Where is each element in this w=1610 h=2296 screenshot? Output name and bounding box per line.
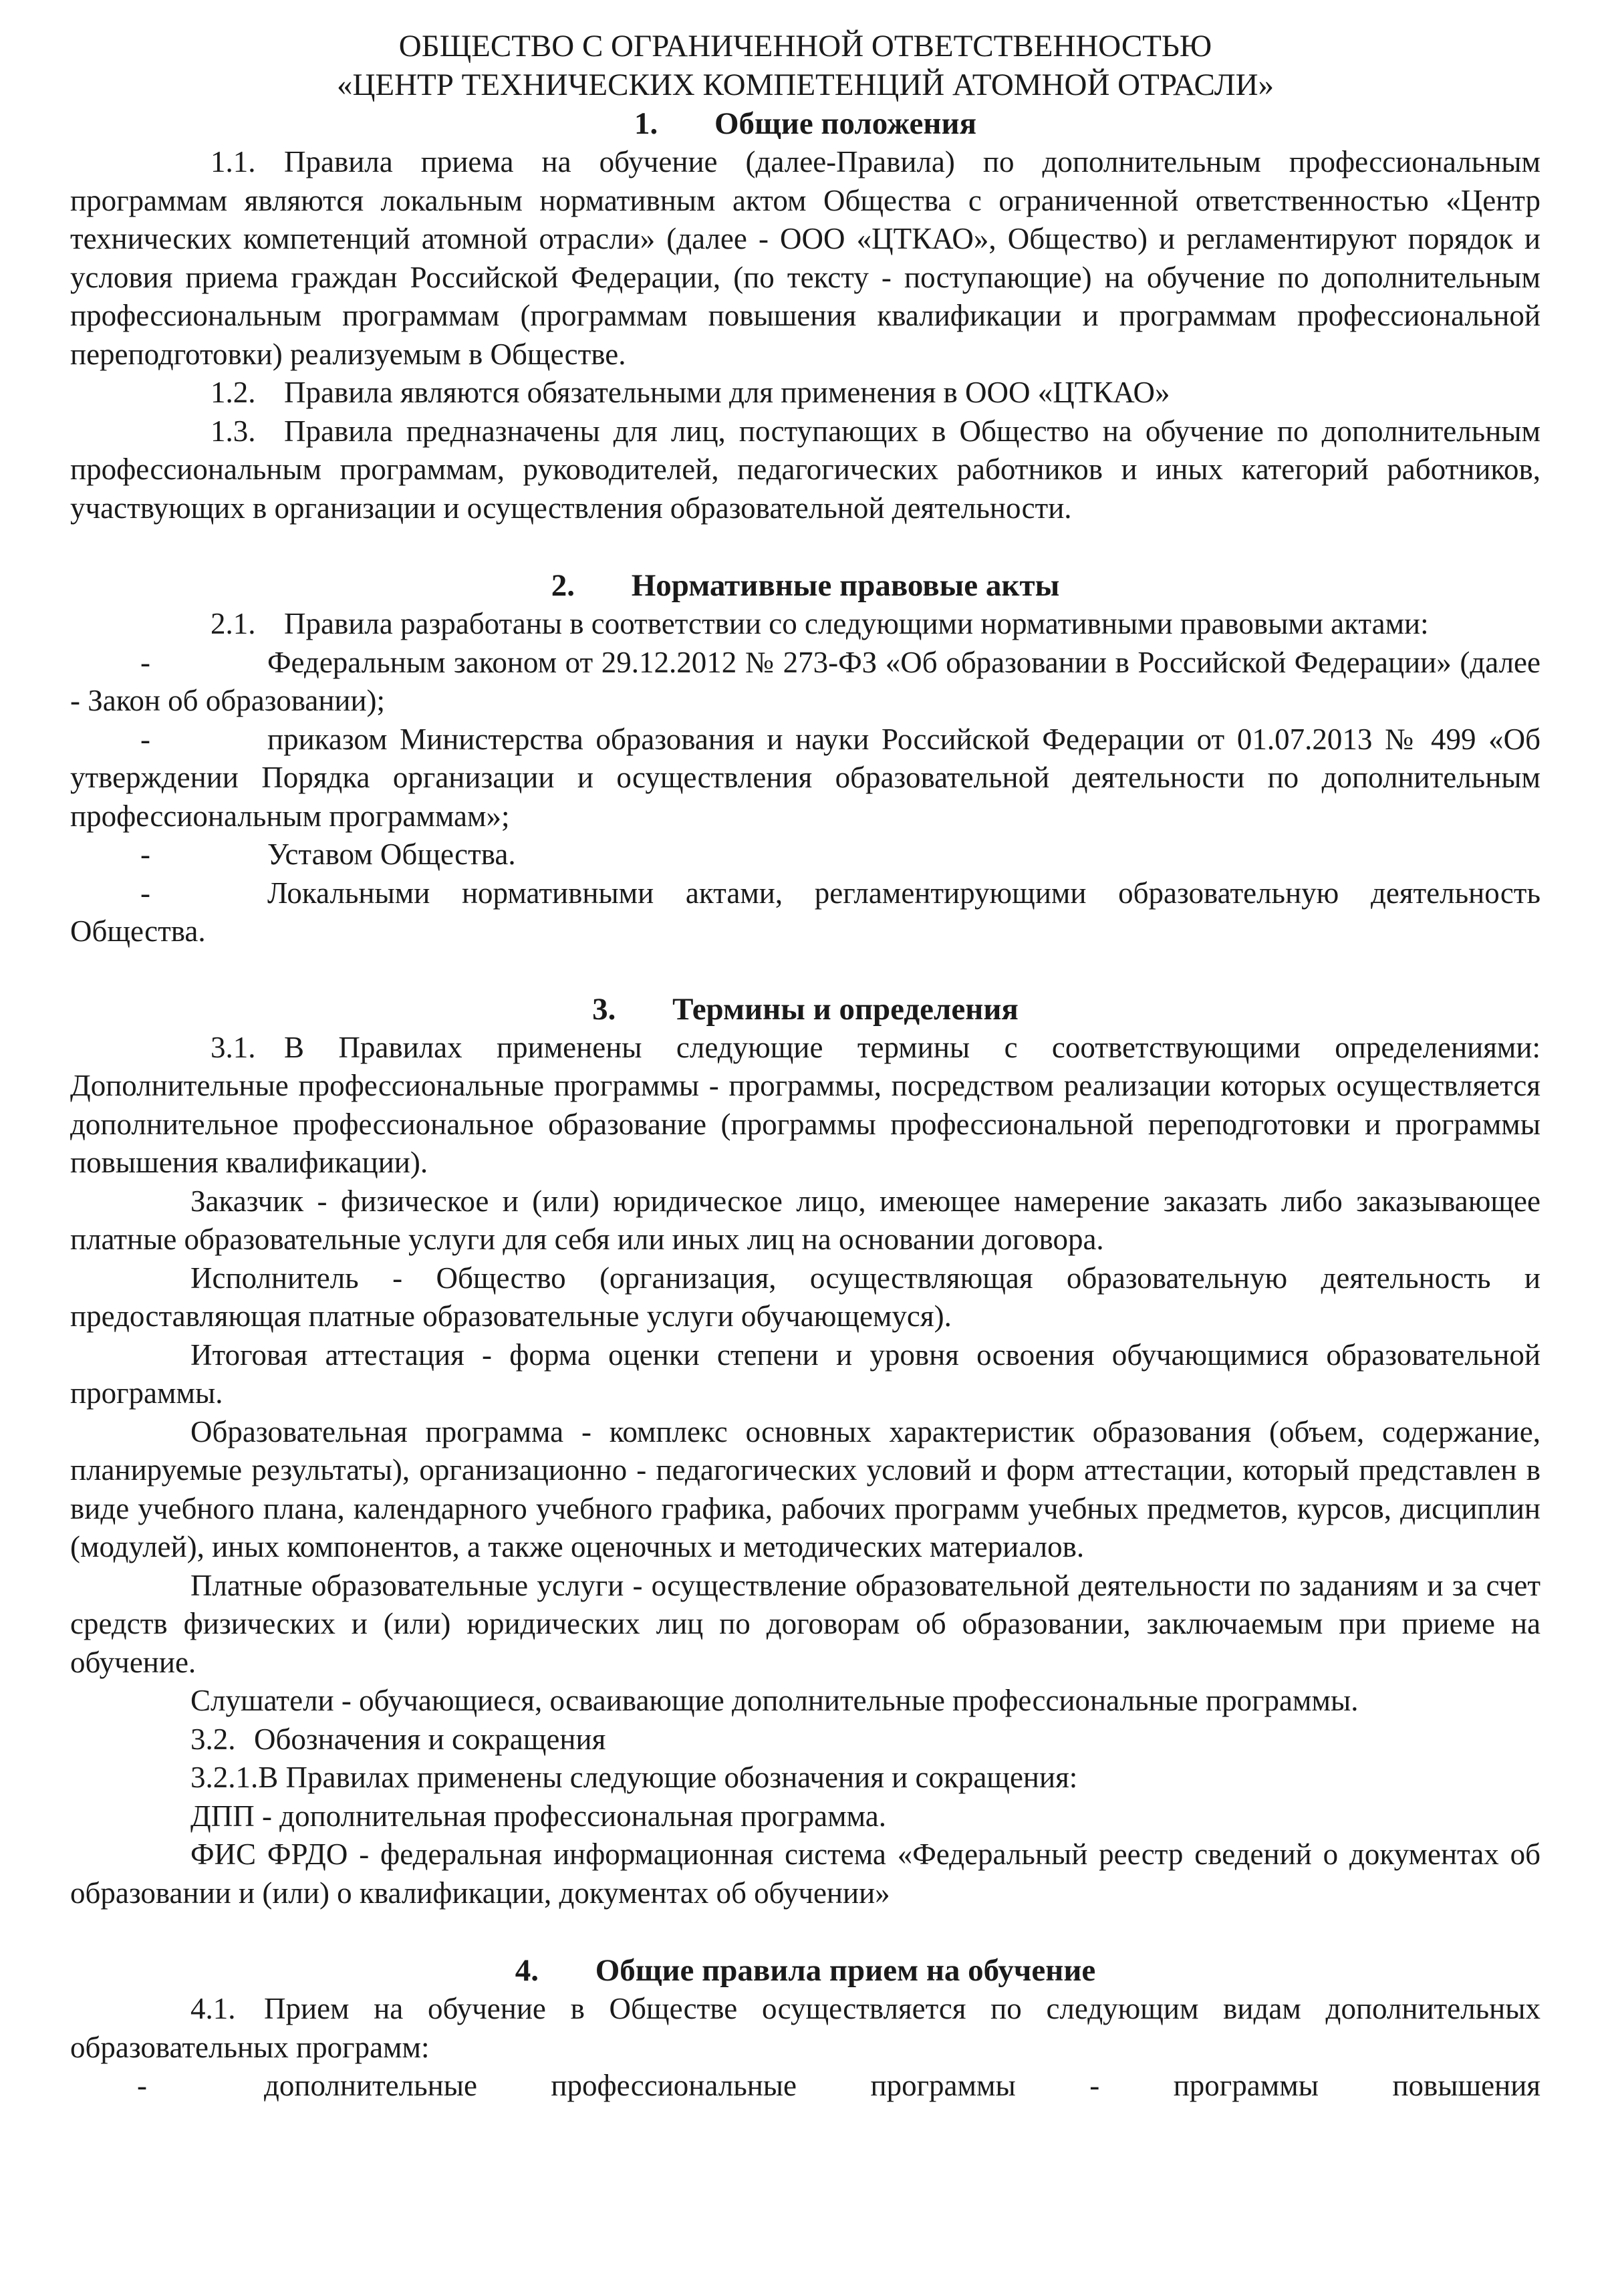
clause-text: Прием на обучение в Обществе осуществляе…: [70, 1992, 1540, 2064]
section-heading-3: 3.Термины и определения: [70, 990, 1540, 1029]
paragraph-1-2: 1.2.Правила являются обязательными для п…: [70, 374, 1540, 412]
bullet-item: -Федеральным законом от 29.12.2012 № 273…: [70, 644, 1540, 721]
bullet-marker: -: [140, 721, 267, 759]
bullet-text: дополнительные профессиональные программ…: [264, 2069, 1540, 2102]
document-page: ОБЩЕСТВО С ОГРАНИЧЕННОЙ ОТВЕТСТВЕННОСТЬЮ…: [70, 27, 1540, 2106]
clause-text: В Правилах применены следующие термины с…: [70, 1031, 1540, 1180]
section-number: 3.: [592, 990, 672, 1029]
paragraph-1-3: 1.3.Правила предназначены для лиц, посту…: [70, 412, 1540, 528]
clause-text: В Правилах применены следующие обозначен…: [258, 1761, 1077, 1794]
bullet-text: Федеральным законом от 29.12.2012 № 273-…: [70, 646, 1540, 718]
clause-number: 3.1.: [211, 1029, 284, 1067]
paragraph-3-2: 3.2.Обозначения и сокращения: [70, 1720, 1540, 1759]
clause-number: 1.2.: [211, 374, 284, 412]
section-title: Общие правила прием на обучение: [595, 1953, 1096, 1988]
definition-final-certification: Итоговая аттестация - форма оценки степе…: [70, 1336, 1540, 1413]
bullet-text: приказом Министерства образования и наук…: [70, 723, 1540, 833]
clause-text: Правила являются обязательными для приме…: [284, 376, 1170, 409]
section-number: 1.: [634, 104, 714, 143]
clause-number: 3.2.: [190, 1720, 254, 1759]
section-title: Термины и определения: [672, 992, 1019, 1027]
clause-number: 2.1.: [211, 605, 284, 644]
clause-text: Правила приема на обучение (далее-Правил…: [70, 145, 1540, 371]
paragraph-1-1: 1.1.Правила приема на обучение (далее-Пр…: [70, 143, 1540, 374]
clause-text: Правила разработаны в соответствии со сл…: [284, 607, 1429, 640]
paragraph-2-1: 2.1.Правила разработаны в соответствии с…: [70, 605, 1540, 644]
bullet-item: -Уставом Общества.: [70, 836, 1540, 874]
organization-name-line-1: ОБЩЕСТВО С ОГРАНИЧЕННОЙ ОТВЕТСТВЕННОСТЬЮ: [70, 27, 1540, 66]
section-title: Общие положения: [714, 106, 976, 141]
definition-customer: Заказчик - физическое и (или) юридическо…: [70, 1182, 1540, 1259]
bullet-item: -дополнительные профессиональные програм…: [70, 2067, 1540, 2106]
paragraph-3-2-1: 3.2.1.В Правилах применены следующие обо…: [70, 1759, 1540, 1797]
clause-text: Правила предназначены для лиц, поступающ…: [70, 414, 1540, 525]
paragraph-4-1: 4.1.Прием на обучение в Обществе осущест…: [70, 1990, 1540, 2067]
definition-contractor: Исполнитель - Общество (организация, осу…: [70, 1259, 1540, 1336]
bullet-marker: -: [137, 2067, 264, 2106]
clause-text: Обозначения и сокращения: [254, 1723, 606, 1756]
clause-number: 4.1.: [190, 1990, 264, 2029]
definition-listeners: Слушатели - обучающиеся, осваивающие доп…: [70, 1682, 1540, 1720]
section-heading-1: 1.Общие положения: [70, 104, 1540, 143]
section-heading-4: 4.Общие правила прием на обучение: [70, 1951, 1540, 1990]
section-number: 4.: [515, 1951, 595, 1990]
section-heading-2: 2.Нормативные правовые акты: [70, 566, 1540, 605]
bullet-item: -приказом Министерства образования и нау…: [70, 721, 1540, 836]
bullet-marker: -: [140, 874, 267, 913]
bullet-marker: -: [140, 644, 267, 682]
definition-paid-services: Платные образовательные услуги - осущест…: [70, 1567, 1540, 1682]
section-number: 2.: [551, 566, 632, 605]
clause-number: 1.3.: [211, 412, 284, 451]
abbreviation-dpp: ДПП - дополнительная профессиональная пр…: [70, 1797, 1540, 1836]
clause-number: 3.2.1.: [190, 1761, 258, 1794]
bullet-item: -Локальными нормативными актами, регламе…: [70, 874, 1540, 951]
section-title: Нормативные правовые акты: [632, 568, 1060, 603]
bullet-text: Локальными нормативными актами, регламен…: [70, 876, 1540, 948]
bullet-text: Уставом Общества.: [267, 838, 516, 871]
bullet-marker: -: [140, 836, 267, 874]
definition-educational-program: Образовательная программа - комплекс осн…: [70, 1413, 1540, 1567]
abbreviation-fis-frdo: ФИС ФРДО - федеральная информационная си…: [70, 1835, 1540, 1912]
organization-name-line-2: «ЦЕНТР ТЕХНИЧЕСКИХ КОМПЕТЕНЦИЙ АТОМНОЙ О…: [70, 66, 1540, 104]
paragraph-3-1: 3.1.В Правилах применены следующие терми…: [70, 1029, 1540, 1182]
clause-number: 1.1.: [211, 143, 284, 182]
